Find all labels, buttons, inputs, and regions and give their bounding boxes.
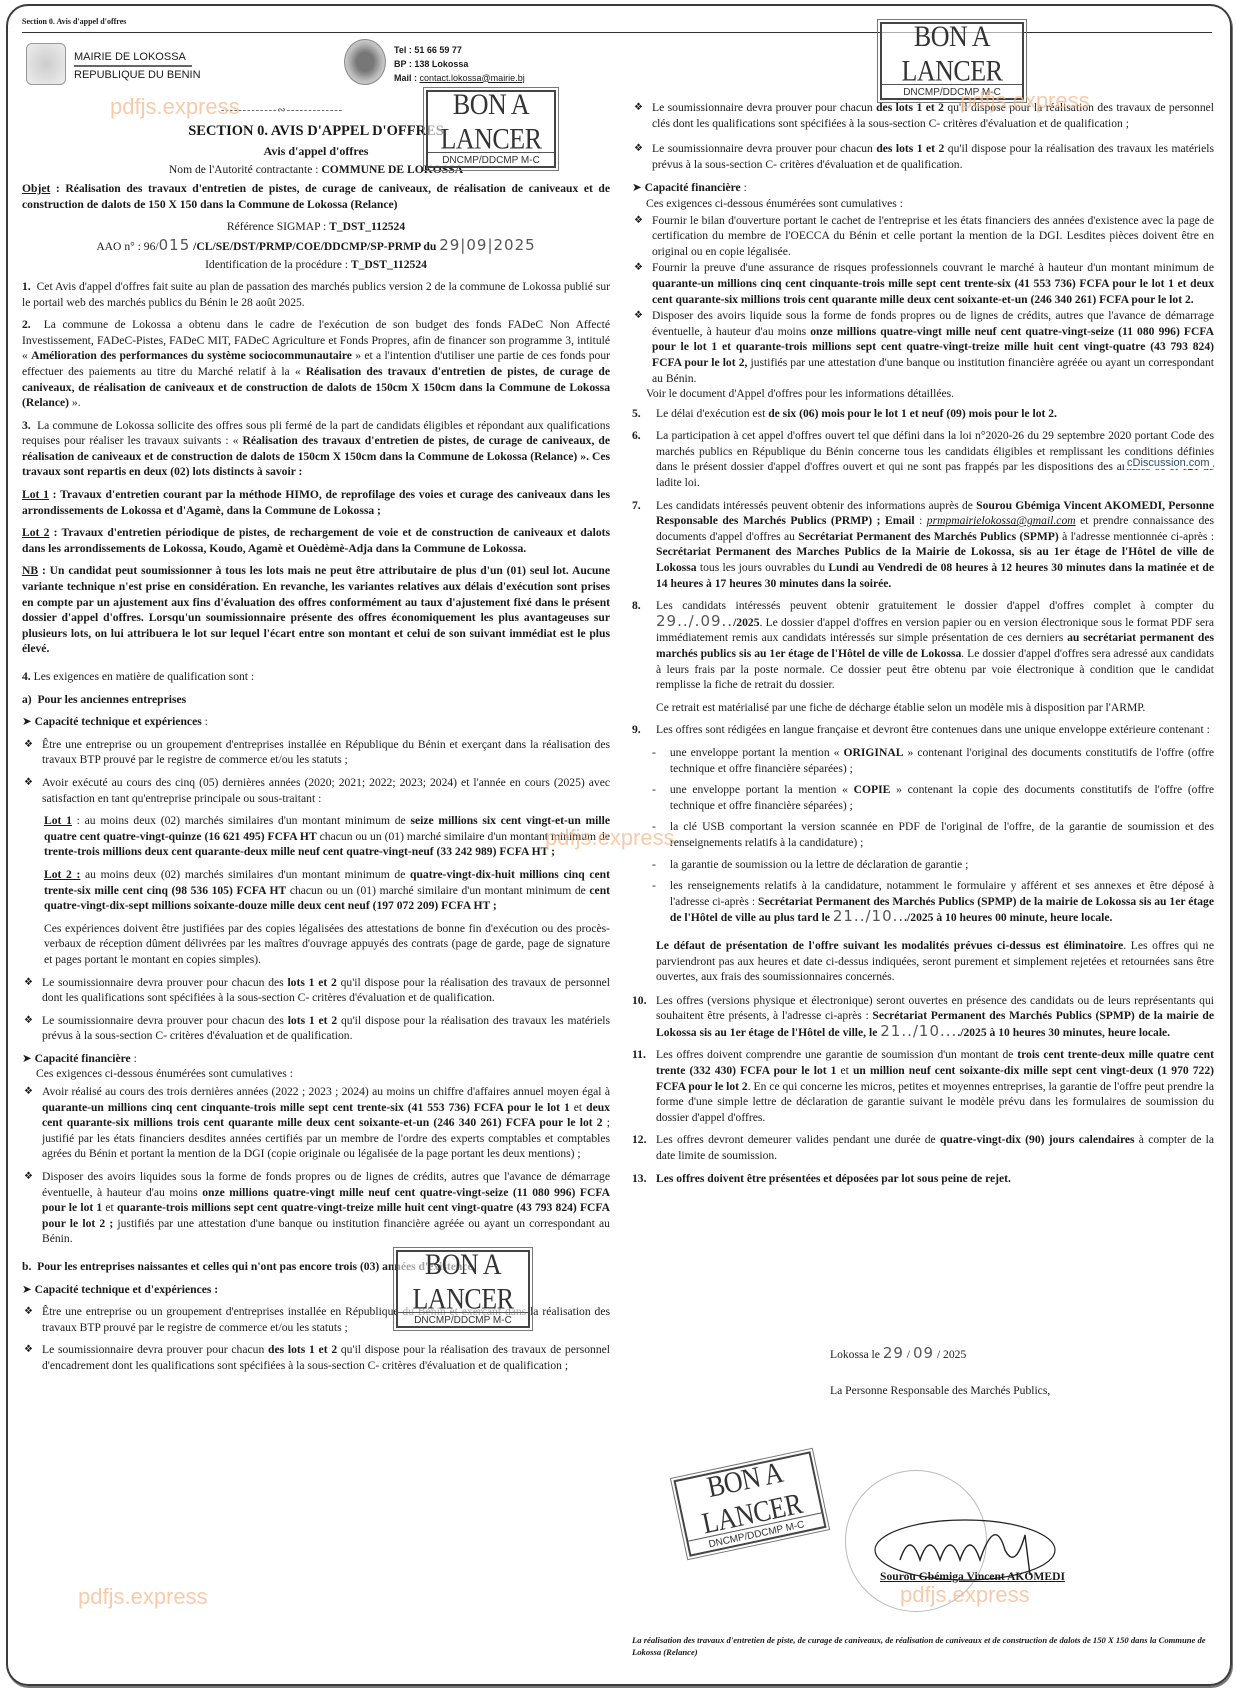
mail-link[interactable]: contact.lokossa@mairie.bj [420,73,525,83]
bullet-item: ❖Fournir le bilan d'ouverture portant le… [634,213,1214,260]
cap-fin-intro: Ces exigences ci-dessous énumérées sont … [646,196,1214,212]
elimination-note: Le défaut de présentation de l'offre sui… [656,938,1214,985]
objet: Objet : Réalisation des travaux d'entret… [22,181,610,212]
bullet-item: ❖Fournir la preuve d'une assurance de ri… [634,260,1214,307]
diamond-bullet-icon: ❖ [24,737,36,768]
envelope-item: -une enveloppe portant la mention « ORIG… [652,745,1214,776]
bullet-item: ❖Avoir réalisé au cours des trois derniè… [24,1084,610,1162]
diamond-bullet-icon: ❖ [24,975,36,1006]
diamond-bullet-icon: ❖ [634,308,646,386]
prmp-email-link[interactable]: prmpmairielokossa@gmail.com [927,514,1076,527]
paragraph-9: 9.Les offres sont rédigées en langue fra… [632,722,1214,738]
diamond-bullet-icon: ❖ [24,1169,36,1247]
approval-stamp: BON A LANCER DNCMP/DDCMP M-C [396,1250,530,1328]
approval-stamp: BON A LANCER DNCMP/DDCMP M-C [426,90,556,168]
page-footer: La réalisation des travaux d'entretien d… [632,1634,1214,1658]
paragraph-1: 1. Cet Avis d'appel d'offres fait suite … [22,279,610,310]
envelope-item: -une enveloppe portant la mention « COPI… [652,782,1214,813]
voir-note: Voir le document d'Appel d'offres pour l… [646,386,1214,402]
diamond-bullet-icon: ❖ [634,100,646,131]
procedure-id: Identification de la procédure : T_DST_1… [22,257,610,273]
bullet-item: ❖Disposer des avoirs liquide sous la for… [634,308,1214,386]
envelope-item: -la clé USB comportant la version scanné… [652,819,1214,850]
diamond-bullet-icon: ❖ [24,1304,36,1335]
commune-seal-icon [344,39,386,85]
experience-lot-1: Lot 1 : au moins deux (02) marchés simil… [44,813,610,860]
bullet-item: ❖Être une entreprise ou un groupement d'… [24,737,610,768]
experience-justification: Ces expériences doivent être justifiées … [44,921,610,968]
cap-fin-heading: ➤ Capacité financière : [22,1051,610,1067]
experience-lot-2: Lot 2 : au moins deux (02) marchés simil… [44,867,610,914]
signatory-name: Sourou Gbémiga Vincent AKOMEDI [880,1570,1065,1583]
diamond-bullet-icon: ❖ [24,1084,36,1162]
cap-fin-intro: Ces exigences ci-dessous énumérées sont … [36,1066,610,1082]
approval-stamp: BON A LANCER DNCMP/DDCMP M-C [880,22,1024,100]
diamond-bullet-icon: ❖ [24,775,36,806]
contact-info: Tel : 51 66 59 77 BP : 138 Lokossa Mail … [394,43,525,85]
place-date: Lokossa le 29 / 09 / 2025 [830,1344,1210,1362]
paragraph-5: 5.Le délai d'exécution est de six (06) m… [632,406,1214,422]
bullet-item: ❖Le soumissionnaire devra prouver pour c… [24,1013,610,1044]
paragraph-11: 11.Les offres doivent comprendre une gar… [632,1047,1214,1125]
section-a-title: a) Pour les anciennes entreprises [22,692,610,708]
coat-of-arms-icon [26,43,66,85]
org-name: MAIRIE DE LOKOSSA REPUBLIQUE DU BENIN [74,49,201,83]
paragraph-8: 8.Les candidats intéressés peuvent obten… [632,598,1214,693]
cap-tech-heading: ➤ Capacité technique et expériences : [22,714,610,730]
signature-block: Lokossa le 29 / 09 / 2025 La Personne Re… [830,1340,1210,1397]
paragraph-3: 3. La commune de Lokossa sollicite des o… [22,418,610,480]
aao-number: AAO n° : 96/015 /CL/SE/DST/PRMP/COE/DDCM… [22,238,610,255]
paragraph-10: 10.Les offres (versions physique et élec… [632,993,1214,1041]
bullet-item: ❖Disposer des avoirs liquides sous la fo… [24,1169,610,1247]
bullet-item: ❖Le soumissionnaire devra prouver pour c… [634,100,1214,131]
diamond-bullet-icon: ❖ [634,260,646,307]
paragraph-13: 13.Les offres doivent être présentées et… [632,1171,1214,1187]
ornament-separator: -------------∾------------- [162,103,402,119]
diamond-bullet-icon: ❖ [634,213,646,260]
envelope-item: -la garantie de soumission ou la lettre … [652,857,1214,873]
signatory-role: La Personne Responsable des Marchés Publ… [830,1384,1210,1397]
nb-note: NB : Un candidat peut soumissionner à to… [22,563,610,657]
diamond-bullet-icon: ❖ [24,1342,36,1373]
retrait-note: Ce retrait est matérialisé par une fiche… [656,700,1214,716]
right-column: ❖Le soumissionnaire devra prouver pour c… [632,100,1214,1193]
cap-fin-heading: ➤ Capacité financière : [632,180,1214,196]
lot-1-desc: Lot 1 : Travaux d'entretien courant par … [22,487,610,518]
envelope-item: -les renseignements relatifs à la candid… [652,878,1214,926]
paragraph-7: 7.Les candidats intéressés peuvent obten… [632,498,1214,592]
bullet-item: ❖Le soumissionnaire devra prouver pour c… [24,1342,610,1373]
bullet-item: ❖Avoir exécuté au cours des cinq (05) de… [24,775,610,806]
diamond-bullet-icon: ❖ [24,1013,36,1044]
left-column: Section 0. Avis d'appel d'offres MAIRIE … [22,14,610,1381]
lot-2-desc: Lot 2 : Travaux d'entretien périodique d… [22,525,610,556]
bullet-item: ❖Le soumissionnaire devra prouver pour c… [634,141,1214,172]
sigmap-ref: Référence SIGMAP : T_DST_112524 [22,219,610,235]
paragraph-4: 4. Les exigences en matière de qualifica… [22,669,610,685]
bullet-item: ❖Le soumissionnaire devra prouver pour c… [24,975,610,1006]
paragraph-12: 12.Les offres devront demeurer valides p… [632,1132,1214,1163]
diamond-bullet-icon: ❖ [634,141,646,172]
site-badge: cDiscussion.com [1124,457,1213,469]
paragraph-2: 2. La commune de Lokossa a obtenu dans l… [22,317,610,411]
running-header: Section 0. Avis d'appel d'offres [22,14,1212,33]
